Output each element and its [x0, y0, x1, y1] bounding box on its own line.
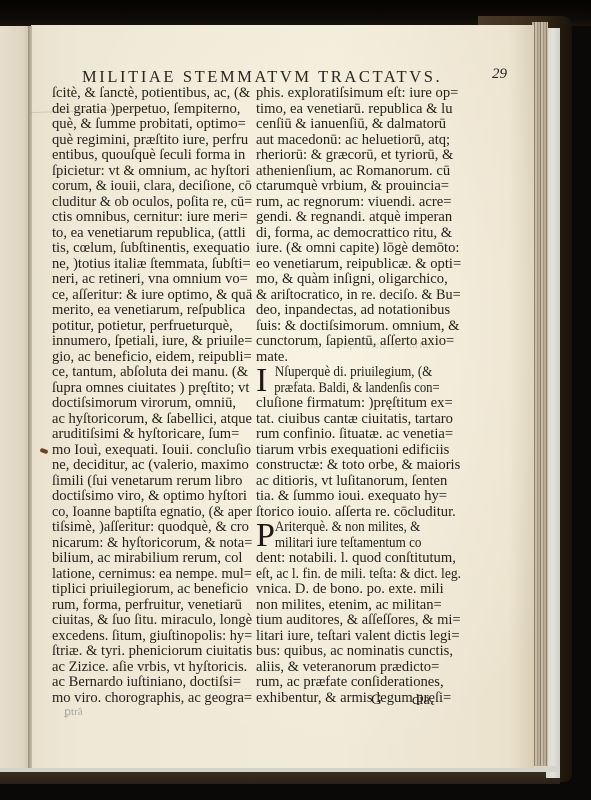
text-line: ac Bernardo iuſtiniano, doctiſsi= — [52, 675, 252, 691]
page-stack-edge — [546, 28, 560, 778]
text-line: tiplici priuilegiorum, ac beneficio — [52, 582, 252, 598]
text-line: tiarum vrbis exequationi edificiis — [256, 443, 461, 459]
text-line: bilium, ac mirabilium rerum, col — [52, 551, 252, 567]
running-head-title: MILITIAE STEMMATVM TRACTATVS. — [82, 67, 442, 87]
gutter — [28, 26, 32, 768]
text-line: rheriorū: & græcorū, et tyriorū, & — [256, 148, 461, 164]
text-line: corum, & iouii, clara, deciſione, cō — [52, 179, 248, 195]
text-line: rum, forma, perfruitur, venetiarū — [52, 598, 252, 614]
text-line: tia. & ſummo ioui. exequato hy= — [256, 489, 461, 505]
text-line: rum confinio. ſituatæ. ac venetia= — [256, 427, 461, 443]
text-line: ctis omnibus, cernitur: iure meri= — [52, 210, 252, 226]
text-line: di, forma, ac democrattico ritu, & — [256, 226, 461, 242]
text-line: cluditur & ob oculos, poſita re, cū= — [52, 195, 247, 211]
text-line: ac hyſtoricorum, & ſabellici, atque — [52, 412, 251, 428]
offset-text-stamp: ꝑtrā — [64, 705, 83, 719]
text-line: Nſuperquè di. priuilegium, (& — [256, 365, 440, 381]
text-line: ſtorico iouio. aſſerta re. cōcluditur. — [256, 505, 461, 521]
text-line: militari iure teſtamentum co — [256, 536, 440, 552]
text-line: Ariterquè. & non milites, & — [256, 520, 440, 536]
text-line: ſimili (ſui venetarum rerum libro — [52, 474, 252, 490]
text-line: aut macedonū: ac heluetiorū, atq; — [256, 133, 461, 149]
text-line: ciuitas, & ſuo ſitu. miraculo, longè — [52, 613, 251, 629]
text-line: & ariſtocratico, in re. deciſo. & Bu= — [256, 288, 456, 304]
text-line: timo, ea venetiarū. republica & lu — [256, 102, 461, 118]
book-scan: MILITIAE STEMMATVM TRACTATVS. 29 ſcitè, … — [0, 0, 591, 800]
facing-page-sliver — [0, 26, 30, 768]
text-line: ac ditioris, vt luſitanorum, ſenten — [256, 474, 461, 490]
page-stack-leaves — [532, 22, 548, 772]
text-line: ſtriæ. & tyri. pheniciorum ciuitatis — [52, 644, 252, 660]
text-line: vnica. D. de bono. po. exte. mili — [256, 582, 461, 598]
running-head: MILITIAE STEMMATVM TRACTATVS. 29 — [82, 67, 522, 87]
text-line: tiſsimè, )aſſeritur: quodquè, & cro — [52, 520, 252, 536]
text-line: rum, ac regnorum: viuendi. acre= — [256, 195, 461, 211]
text-line: co, Ioanne baptiſta egnatio, (& aper — [52, 505, 245, 521]
text-line: cluſione firmatum: )pręſtitum ex= — [256, 396, 461, 412]
text-line: mo Iouì, exequati. Iouii. concluſio — [52, 443, 252, 459]
text-line: ſpicietur: vt & omnium, ac hyſtori — [52, 164, 252, 180]
text-line: merito, ea venetiarum, reſpublica — [52, 303, 252, 319]
text-line: què, & ſumme probitati, optimo= — [52, 117, 252, 133]
text-line: eſt, ac l. fin. de mili. teſta: & dict. … — [256, 567, 447, 583]
text-line: phis. exploratiſsimum eſt: iure op= — [256, 86, 461, 102]
paragraph-3: PAriterquè. & non milites, &militari iur… — [256, 520, 461, 706]
text-line: ſcitè, & ſanctè, potientibus, ac, (& — [52, 86, 252, 102]
text-line: ac Zizice. aſie vrbis, vt hyſtoricis. — [52, 660, 252, 676]
text-line: cenſiū & ianuenſiū, & dalmatorū — [256, 117, 461, 133]
left-text-column: ſcitè, & ſanctè, potientibus, ac, (&dei … — [52, 86, 252, 706]
text-line: doctiſsimorum virorum, omniū, — [52, 396, 252, 412]
text-line: bus: quibus, ac nominatis cunctis, — [256, 644, 461, 660]
text-line: excedens. ſitum, giuſtinopolis: hy= — [52, 629, 249, 645]
text-line: præfata. Baldi, & landenſis con= — [256, 381, 434, 397]
text-line: ſupra omnes ciuitates ) pręſtito; vt — [52, 381, 252, 397]
text-line: litari iure, teſtari valent dictis legi= — [256, 629, 461, 645]
bleed-through-text: ne. l. impermen. de iurıdi. — [310, 337, 435, 352]
signature-mark: G — [371, 692, 382, 709]
text-line: aliis, & veteranorum prædicto= — [256, 660, 461, 676]
text-line: dent: notabili. l. quod conſtitutum, — [256, 551, 461, 567]
text-line: ſuis: & doctiſsimorum. omnium, & — [256, 319, 461, 335]
right-text-column: phis. exploratiſsimum eſt: iure op=timo,… — [256, 86, 461, 706]
text-line: athenienſium, ac Romanorum. cū — [256, 164, 461, 180]
text-line: to, ea venetiarum republica, (attli — [52, 226, 252, 242]
text-line: mo, & quàm inſigni, oligarchico, — [256, 272, 461, 288]
text-line: neri, ac retineri, vna omnium vo= — [52, 272, 252, 288]
paragraph-2: INſuperquè di. priuilegium, (&præfata. B… — [256, 365, 461, 520]
text-line: ne, deciditur, ac (valerio, maximo — [52, 458, 252, 474]
text-line: doctiſsimo viro, & optimo hyſtori — [52, 489, 252, 505]
text-line: tat. ciuibus cantæ ciuitatis, tartaro — [256, 412, 461, 428]
text-line: gio, ac beneficio, eidem, reipubli= — [52, 350, 251, 366]
text-line: què regimini, præſtito iure, perfru — [52, 133, 252, 149]
text-line: dei gratia )perpetuo, ſempiterno, — [52, 102, 252, 118]
folio-number: 29 — [492, 66, 507, 83]
text-line: ce, aſſeritur: & iure optimo, & quā — [52, 288, 252, 304]
text-line: innumero, ſpetiali, iure, & priuile= — [52, 334, 250, 350]
catchword: dia. — [412, 692, 433, 709]
text-line: tis, cœlum, ſubſtinentis, exequatio — [52, 241, 252, 257]
text-line: non milites, etenim, ac militan= — [256, 598, 461, 614]
text-line: ce, tantum, abſoluta dei manu. (& — [52, 365, 252, 381]
text-line: ne, )totius italiæ ſtemmata, ſubſti= — [52, 257, 252, 273]
text-line: ctarumquè vrbium, & prouincia= — [256, 179, 461, 195]
text-line: rum, ac præfate conſiderationes, — [256, 675, 461, 691]
text-line: entibus, quouſquè ſeculi forma in — [52, 148, 252, 164]
text-line: constructæ: & toto orbe, & maioris — [256, 458, 461, 474]
text-line: latione, cernimus: ea nempe. mul= — [52, 567, 250, 583]
text-line: potitur, potietur, perfrueturquè, — [52, 319, 252, 335]
text-line: deo, inpandectas, ad notationibus — [256, 303, 461, 319]
binding-board-bottom — [0, 770, 560, 784]
text-line: aruditiſsimi & hyſtoricare, ſum= — [52, 427, 252, 443]
text-line: eo venetiarum, reipublicæ. & opti= — [256, 257, 461, 273]
text-line: tium auditores, & aſſeſſores, & mi= — [256, 613, 460, 629]
text-line: gendi. & regnandi. atquè imperan — [256, 210, 461, 226]
text-line: nicarum: & hyſtoricorum, & nota= — [52, 536, 250, 552]
text-line: iure. (& omni capite) lōgè demōto: — [256, 241, 461, 257]
